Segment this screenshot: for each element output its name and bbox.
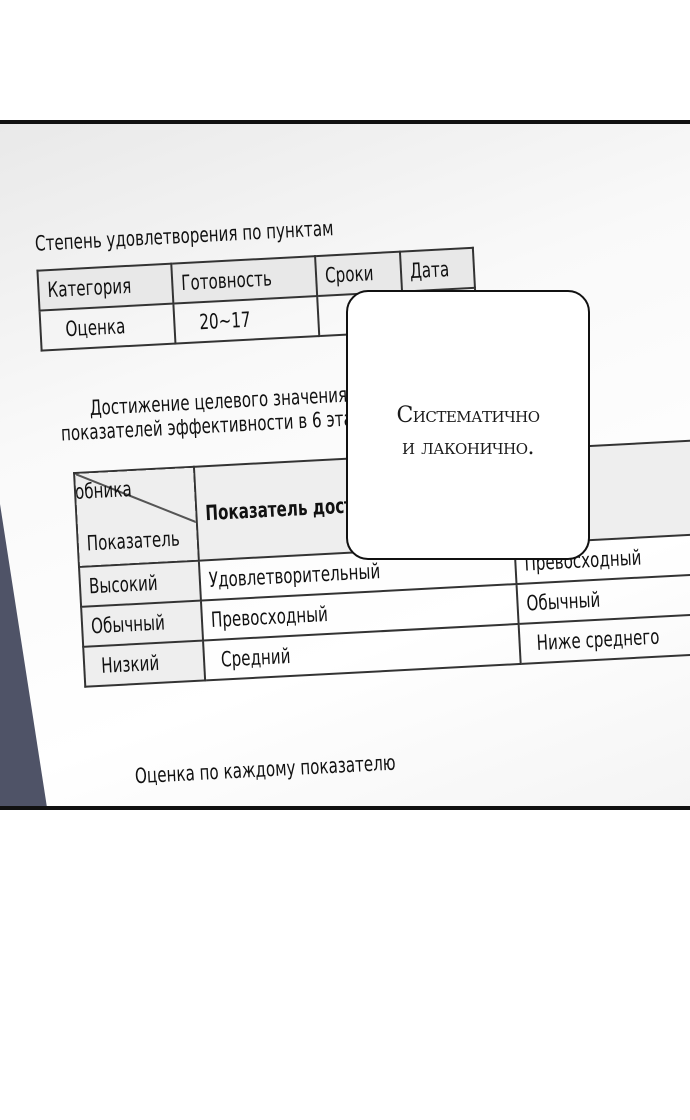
speech-line-2: и лаконично. xyxy=(348,432,588,464)
header-cell: Категория xyxy=(37,264,173,311)
table-cell: 20~17 xyxy=(174,296,320,343)
corner-cell: Цель пробника Показатель xyxy=(74,467,199,567)
row-label: Высокий xyxy=(79,561,201,607)
row-label: Низкий xyxy=(83,640,205,686)
row-label: Обычный xyxy=(81,601,203,647)
speech-bubble: Систематично и лаконично. xyxy=(346,290,590,560)
table-cell: Оценка xyxy=(40,304,176,351)
header-cell: Дата xyxy=(400,248,474,292)
speech-line-1: Систематично xyxy=(348,400,588,432)
